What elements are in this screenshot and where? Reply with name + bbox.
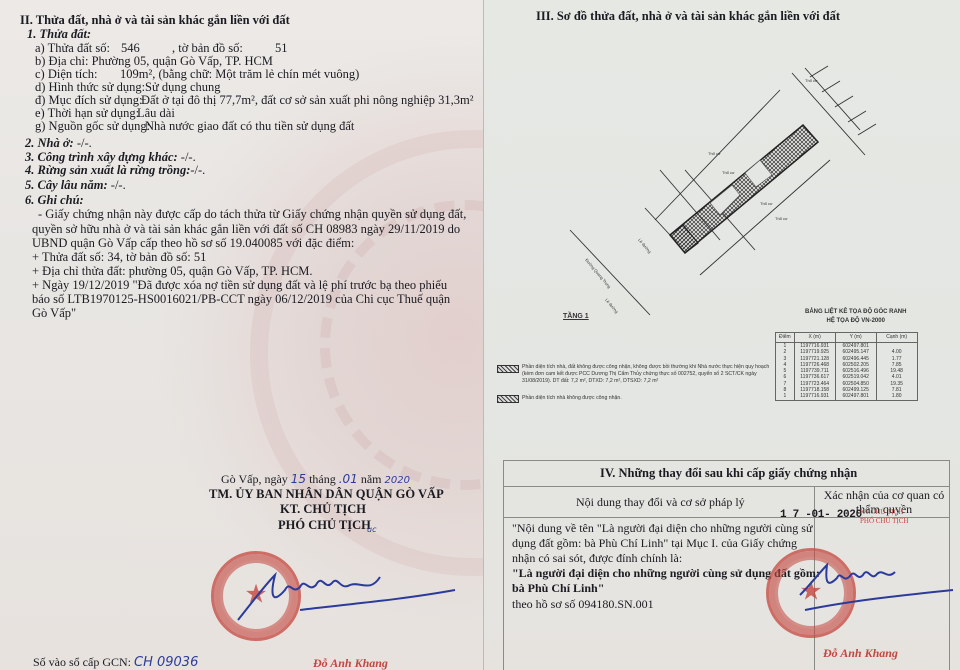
coord-cell-x: 1197721.128 [794,356,835,362]
forest-item: 4. Rừng sản xuất là rừng trồng:-/-. [25,163,205,178]
change-content-line: dụng đất gồm: bà Phù Chí Linh" tại Mục I… [512,536,797,551]
note-line: quyền sở hữu nhà ở và tài sản khác gắn l… [32,222,460,237]
note-line: + Thửa đất số: 34, tờ bản đồ số: 51 [32,250,206,265]
certificate-left-page: II. Thửa đất, nhà ở và tài sản khác gắn … [0,0,484,670]
forest-heading: 4. Rừng sản xuất là rừng trồng: [25,163,190,177]
coord-row: 11197716.931602497.8011.80 [776,393,918,400]
coord-cell-point: 1 [776,343,795,350]
other-works-heading: 3. Công trình xây dựng khác: [25,150,178,164]
section-ii-title: II. Thửa đất, nhà ở và tài sản khác gắn … [20,13,290,28]
coord-cell-x: 1197716.931 [794,343,835,350]
registry-label: Số vào sổ cấp GCN: [33,655,131,669]
coord-row: 11197716.931602497.801 [776,343,918,350]
confirm-title-1: KT.CHỦ TỊCH [860,508,909,517]
changes-title-row: IV. Những thay đổi sau khi cấp giấy chứn… [504,461,949,487]
note-line: + Ngày 19/12/2019 "Đã được xóa nợ tiền s… [32,278,447,293]
coord-table-title: BẢNG LIỆT KÊ TỌA ĐỘ GÓC RANH HỆ TỌA ĐỘ V… [805,308,906,326]
floor-label: TẦNG 1 [563,313,589,320]
perennial-heading: 5. Cây lâu năm: [25,178,108,192]
origin: Nhà nước giao đất có thu tiền sử dụng đấ… [145,119,354,134]
month-label: tháng [309,472,336,486]
note-line: báo số LTB1970125-HS0016021/PB-CCT ngày … [32,292,450,307]
note-line: Gò Vấp" [32,306,76,321]
notes-heading: 6. Ghi chú: [25,193,84,208]
coord-cell-y: 602497.801 [835,393,876,400]
coord-cell-edge [876,343,917,350]
col-y: Y (m) [835,333,876,343]
house-value: -/-. [77,136,92,150]
perennial-value: -/-. [111,178,126,192]
registry-row: Số vào sổ cấp GCN: CH 09036 [33,655,198,670]
parcel-heading: 1. Thửa đất: [27,27,91,42]
change-bold-line: bà Phù Chí Linh" [512,581,604,596]
house-heading: 2. Nhà ở: [25,136,74,150]
signature-right [795,560,955,615]
diagram-label-tho-cu: Thổ cư [760,201,773,206]
other-works-value: -/-. [181,150,196,164]
change-content-line: nhận có sai sót, được đính chính là: [512,551,682,566]
col-x: X (m) [794,333,835,343]
diagram-label-tho-cu: Thổ cư [708,151,721,156]
diagram-label-sidewalk: Lề đường [604,297,619,314]
legend-text-not-recognized-house: Phần diện tích nhà không được công nhận. [522,395,622,402]
signer-name-right: Đỗ Anh Khang [823,646,898,661]
diagram-label-tho-cu: Thổ cư [722,170,735,175]
coord-cell-edge: 1.80 [876,393,917,400]
coord-cell-point: 1 [776,393,795,400]
note-line: + Địa chỉ thửa đất: phường 05, quận Gò V… [32,264,313,279]
diagram-label-street: Đường Quang Trung [584,257,612,289]
confirm-title-2: PHÓ CHỦ TỊCH [860,517,909,526]
signing-place-date: Gò Vấp, ngày 15 tháng .01 năm 2020 [221,472,410,488]
parcel-sketch-diagram: Thổ cư Thổ cư Thổ cư Thổ cư Thổ cư Lề đư… [560,60,900,320]
diagram-label-tho-cu: Thổ cư [775,216,788,221]
place-date-prefix: Gò Vấp, ngày [221,472,288,486]
signature-left [230,565,460,625]
perennial-item: 5. Cây lâu năm: -/-. [25,178,126,193]
file-reference: theo hồ sơ số 094180.SN.001 [512,597,654,612]
house-item: 2. Nhà ở: -/-. [25,136,92,151]
coord-cell-x: 1197716.931 [794,393,835,400]
diagram-label-sidewalk: Lề đường [637,237,652,254]
legend-text-not-recognized-land: Phần diện tích nhà, đất không được công … [522,364,777,385]
forest-value: -/-. [190,163,205,177]
coord-cell-x: 1197736.617 [794,374,835,380]
sign-month: .01 [339,472,358,486]
note-line: - Giấy chứng nhận này được cấp do tách t… [38,207,466,222]
signer-name-left: Đỗ Anh Khang [313,656,388,670]
initials: uc [367,522,376,537]
confirm-title-stamp: KT.CHỦ TỊCH PHÓ CHỦ TỊCH [860,508,909,526]
coord-title-line2: HỆ TỌA ĐỘ VN-2000 [805,317,906,326]
map-sheet-no: 51 [275,41,288,56]
sign-year: 2020 [385,475,410,486]
signer-position: PHÓ CHỦ TỊCH [278,518,371,533]
purpose: Đất ở tại đô thị 77,7m², đất cơ sở sản x… [141,93,474,108]
legend-swatch-diagonal-hatch [497,365,519,373]
coord-cell-x: 1197719.925 [794,349,835,355]
coord-cell-y: 602497.801 [835,343,876,350]
diagram-label-tho-cu: Thổ cư [805,78,818,83]
col-point: Điểm [776,333,795,343]
col-content-header: Nội dung thay đổi và cơ sở pháp lý [576,495,745,510]
coordinate-table: Điểm X (m) Y (m) Cạnh (m) 11197716.93160… [775,332,918,401]
col-edge: Cạnh (m) [876,333,917,343]
note-line: UBND quận Gò Vấp cấp theo hồ sơ số 19.04… [32,236,354,251]
changes-title: IV. Những thay đổi sau khi cấp giấy chứn… [600,466,857,481]
on-behalf-of: KT. CHỦ TỊCH [280,502,366,517]
section-iii-title: III. Sơ đồ thửa đất, nhà ở và tài sản kh… [536,9,840,24]
coord-title-line1: BẢNG LIỆT KÊ TỌA ĐỘ GÓC RANH [805,308,906,317]
year-label: năm [361,472,382,486]
origin-label: g) Nguồn gốc sử dụng: [35,119,150,134]
sign-day: 15 [291,472,306,486]
legend-swatch-cross-hatch [497,395,519,403]
issuing-authority: TM. ỦY BAN NHÂN DÂN QUẬN GÒ VẤP [209,487,444,502]
change-content-line: "Nội dung về tên "Là người đại diện cho … [512,521,812,536]
registry-number: CH 09036 [134,655,198,670]
